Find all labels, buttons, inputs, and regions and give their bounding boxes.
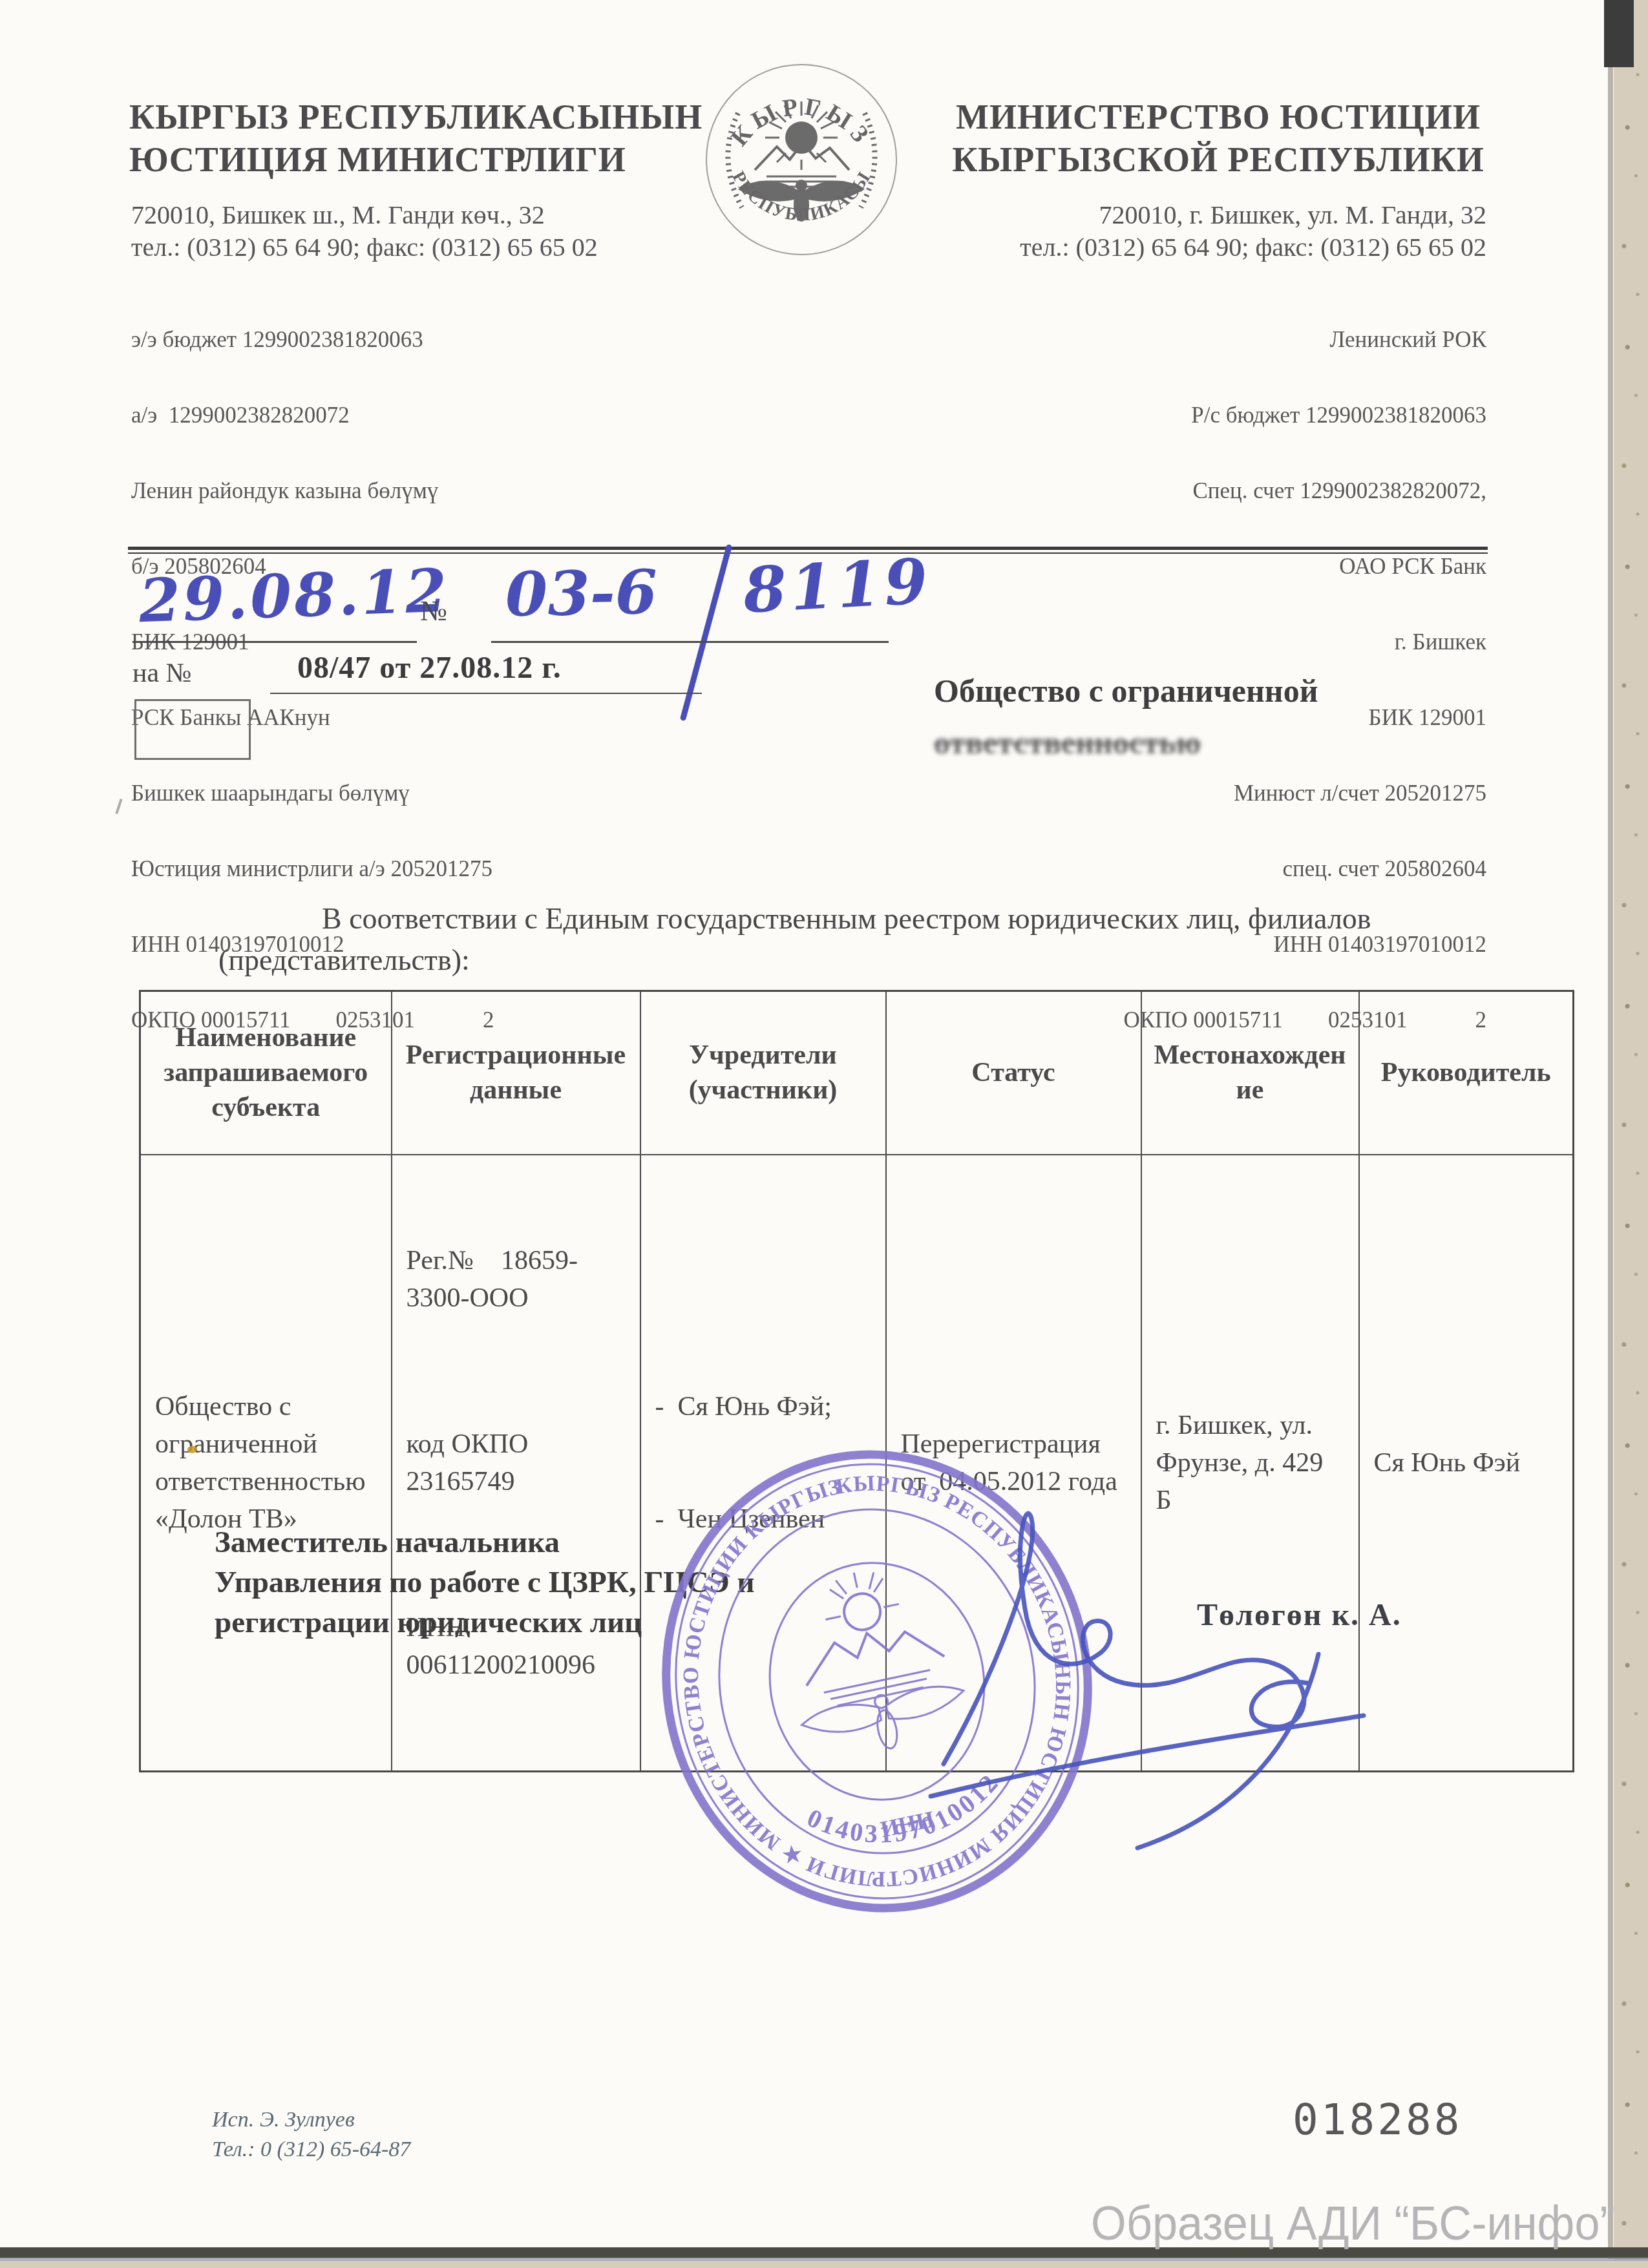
date-fill-line — [132, 641, 417, 643]
bank-right-line: Ленинский РОК — [834, 327, 1486, 352]
cell-name: Общество с ограниченной ответственностью… — [140, 1155, 392, 1772]
col-header-founders: Учредители (участники) — [640, 991, 886, 1155]
source-watermark: Образец АДИ “БС-инфо” — [1091, 2196, 1615, 2251]
reply-to-label: на № — [132, 658, 192, 689]
org-title-russian-line1: МИНИСТЕРСТВО ЮСТИЦИИ — [937, 96, 1499, 138]
bank-left-line: Юстиция министрлиги а/э 205201275 — [131, 856, 494, 881]
state-emblem-icon: КЫРГЫЗ РЕСПУБЛИКАСЫ — [704, 61, 898, 258]
number-fill-line — [491, 641, 889, 643]
addressee-line1: Общество с ограниченной — [934, 672, 1438, 709]
col-header-status: Статус — [886, 991, 1141, 1155]
bank-right-line: г. Бишкек — [834, 629, 1486, 655]
cell-registration: Рег.№ 18659-3300-ООО код ОКПО 23165749 И… — [392, 1155, 640, 1772]
addressee-line2-redacted: ответственностью — [934, 724, 1438, 761]
bank-left-line: Ленин райондук казына бөлүмү — [131, 478, 494, 503]
addressee-block: Общество с ограниченной ответственностью — [934, 672, 1438, 761]
col-header-head: Руководитель — [1359, 991, 1574, 1155]
handwritten-slash — [680, 544, 733, 722]
page-edge-shadow — [1608, 0, 1613, 2259]
address-right: 720010, г. Бишкек, ул. М. Ганди, 32 тел.… — [995, 199, 1486, 264]
address-left-line1: 720010, Бишкек ш., М. Ганди көч., 32 — [131, 199, 598, 231]
col-header-name: Наименование запрашиваемого субъекта — [140, 991, 392, 1155]
bank-right-line: спец. счет 205802604 — [834, 856, 1486, 881]
reg-number: Рег.№ 18659-3300-ООО — [407, 1242, 626, 1317]
org-title-kyrgyz: КЫРГЫЗ РЕСПУБЛИКАСЫНЫН ЮСТИЦИЯ МИНИСТРЛИ… — [129, 96, 711, 181]
address-right-line1: 720010, г. Бишкек, ул. М. Ганди, 32 — [995, 199, 1486, 231]
org-title-kyrgyz-line2: ЮСТИЦИЯ МИНИСТРЛИГИ — [129, 138, 711, 181]
scan-artifact-tick — [115, 799, 122, 814]
bank-right-line: Р/с бюджет 1299002381820063 — [834, 403, 1486, 428]
bank-left-line: э/э бюджет 1299002381820063 — [131, 327, 494, 352]
reply-to-value: 08/47 от 27.08.12 г. — [297, 650, 562, 686]
reference-stamp-box — [134, 699, 251, 760]
org-title-kyrgyz-line1: КЫРГЫЗ РЕСПУБЛИКАСЫНЫН — [129, 96, 711, 138]
reg-okpo: код ОКПО 23165749 — [407, 1425, 626, 1500]
number-label: № — [420, 594, 447, 627]
address-right-line2: тел.: (0312) 65 64 90; факс: (0312) 65 6… — [995, 231, 1486, 264]
scan-corner-bar — [1604, 0, 1634, 67]
address-left: 720010, Бишкек ш., М. Ганди көч., 32 тел… — [131, 199, 598, 264]
executor-block: Исп. Э. Зулпуев Тел.: 0 (312) 65-64-87 — [212, 2105, 410, 2165]
org-title-russian: МИНИСТЕРСТВО ЮСТИЦИИ КЫРГЫЗСКОЙ РЕСПУБЛИ… — [937, 96, 1499, 181]
reply-fill-line — [270, 693, 702, 694]
col-header-registration: Регистрационные данные — [392, 991, 640, 1155]
bank-right-line: Минюст л/счет 205201275 — [834, 781, 1486, 806]
handwritten-number-part2: 8119 — [741, 544, 933, 627]
address-left-line2: тел.: (0312) 65 64 90; факс: (0312) 65 6… — [131, 231, 598, 264]
handwritten-number-part1: 03-6 — [505, 557, 658, 631]
col-header-location: Местонахождение — [1141, 991, 1359, 1155]
handwritten-date: 29.08.12 — [138, 556, 450, 636]
table-header-row: Наименование запрашиваемого субъекта Рег… — [140, 991, 1574, 1155]
org-title-russian-line2: КЫРГЫЗСКОЙ РЕСПУБЛИКИ — [937, 138, 1499, 181]
body-paragraph: В соответствии с Единым государственным … — [218, 898, 1511, 981]
bank-right-line: ОАО РСК Банк — [834, 554, 1486, 579]
executor-name: Исп. Э. Зулпуев — [212, 2105, 410, 2135]
bank-left-line: Бишкек шаарындагы бөлүмү — [131, 781, 494, 806]
blank-form-number: 018288 — [1293, 2095, 1462, 2145]
scan-edge-bottom-tint — [0, 2257, 1648, 2261]
bank-left-line: а/э 1299002382820072 — [131, 403, 494, 428]
scanned-letter-page: КЫРГЫЗ РЕСПУБЛИКАСЫНЫН ЮСТИЦИЯ МИНИСТРЛИ… — [0, 0, 1648, 2268]
pen-signature — [905, 1460, 1396, 1861]
scan-edge-right — [1614, 0, 1648, 2268]
bank-right-line: Спец. счет 1299002382820072, — [834, 478, 1486, 503]
executor-phone: Тел.: 0 (312) 65-64-87 — [212, 2135, 410, 2165]
founder-1: - Ся Юнь Фэй; — [655, 1388, 871, 1425]
